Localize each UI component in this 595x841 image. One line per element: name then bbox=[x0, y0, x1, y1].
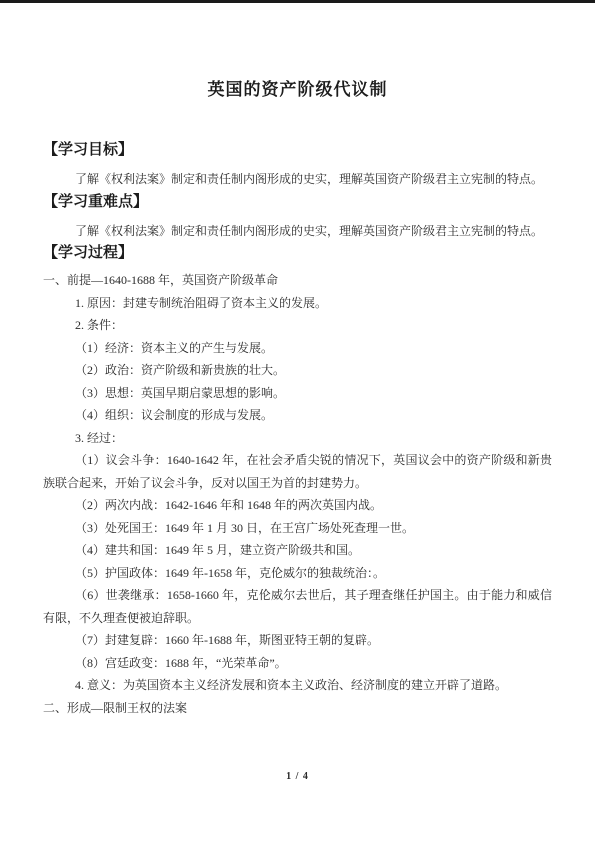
outline-line: 4. 意义：为英国资本主义经济发展和资本主义政治、经济制度的建立开辟了道路。 bbox=[43, 674, 552, 697]
section-heading-learning-process: 【学习过程】 bbox=[43, 242, 552, 265]
outline-line: （4）组织：议会制度的形成与发展。 bbox=[43, 404, 552, 427]
outline-line: 3. 经过： bbox=[43, 427, 552, 450]
outline-line: （7）封建复辟：1660 年-1688 年，斯图亚特王朝的复辟。 bbox=[43, 629, 552, 652]
outline-line: 二、形成—限制王权的法案 bbox=[43, 697, 552, 720]
outline-line: （4）建共和国：1649 年 5 月，建立资产阶级共和国。 bbox=[43, 539, 552, 562]
outline-line: （5）护国政体：1649 年-1658 年，克伦威尔的独裁统治：。 bbox=[43, 562, 552, 585]
outline-line: （2）政治：资产阶级和新贵族的壮大。 bbox=[43, 359, 552, 382]
outline-line: （1）议会斗争：1640-1642 年，在社会矛盾尖锐的情况下，英国议会中的资产… bbox=[43, 449, 552, 494]
outline-line: （1）经济：资本主义的产生与发展。 bbox=[43, 337, 552, 360]
learning-objectives-paragraph: 了解《权利法案》制定和责任制内阁形成的史实，理解英国资产阶级君主立宪制的特点。 bbox=[43, 168, 552, 191]
document-page: 英国的资产阶级代议制 【学习目标】 了解《权利法案》制定和责任制内阁形成的史实，… bbox=[0, 3, 595, 841]
outline-line: （3）思想：英国早期启蒙思想的影响。 bbox=[43, 382, 552, 405]
outline-line: （6）世袭继承：1658-1660 年，克伦威尔去世后，其子理查继任护国主。由于… bbox=[43, 584, 552, 629]
outline-line: 1. 原因：封建专制统治阻碍了资本主义的发展。 bbox=[43, 292, 552, 315]
page-number: 1 / 4 bbox=[0, 770, 595, 784]
outline: 一、前提—1640-1688 年，英国资产阶级革命 1. 原因：封建专制统治阻碍… bbox=[43, 269, 552, 719]
outline-line: 2. 条件： bbox=[43, 314, 552, 337]
outline-line: （3）处死国王：1649 年 1 月 30 日，在王宫广场处死查理一世。 bbox=[43, 517, 552, 540]
section-heading-key-difficult-points: 【学习重难点】 bbox=[43, 191, 552, 214]
outline-line: （8）宫廷政变：1688 年，“光荣革命”。 bbox=[43, 652, 552, 675]
section-heading-learning-objectives: 【学习目标】 bbox=[43, 139, 552, 162]
outline-line: 一、前提—1640-1688 年，英国资产阶级革命 bbox=[43, 269, 552, 292]
document-title: 英国的资产阶级代议制 bbox=[43, 3, 552, 103]
key-difficult-points-paragraph: 了解《权利法案》制定和责任制内阁形成的史实，理解英国资产阶级君主立宪制的特点。 bbox=[43, 220, 552, 243]
outline-line: （2）两次内战：1642-1646 年和 1648 年的两次英国内战。 bbox=[43, 494, 552, 517]
